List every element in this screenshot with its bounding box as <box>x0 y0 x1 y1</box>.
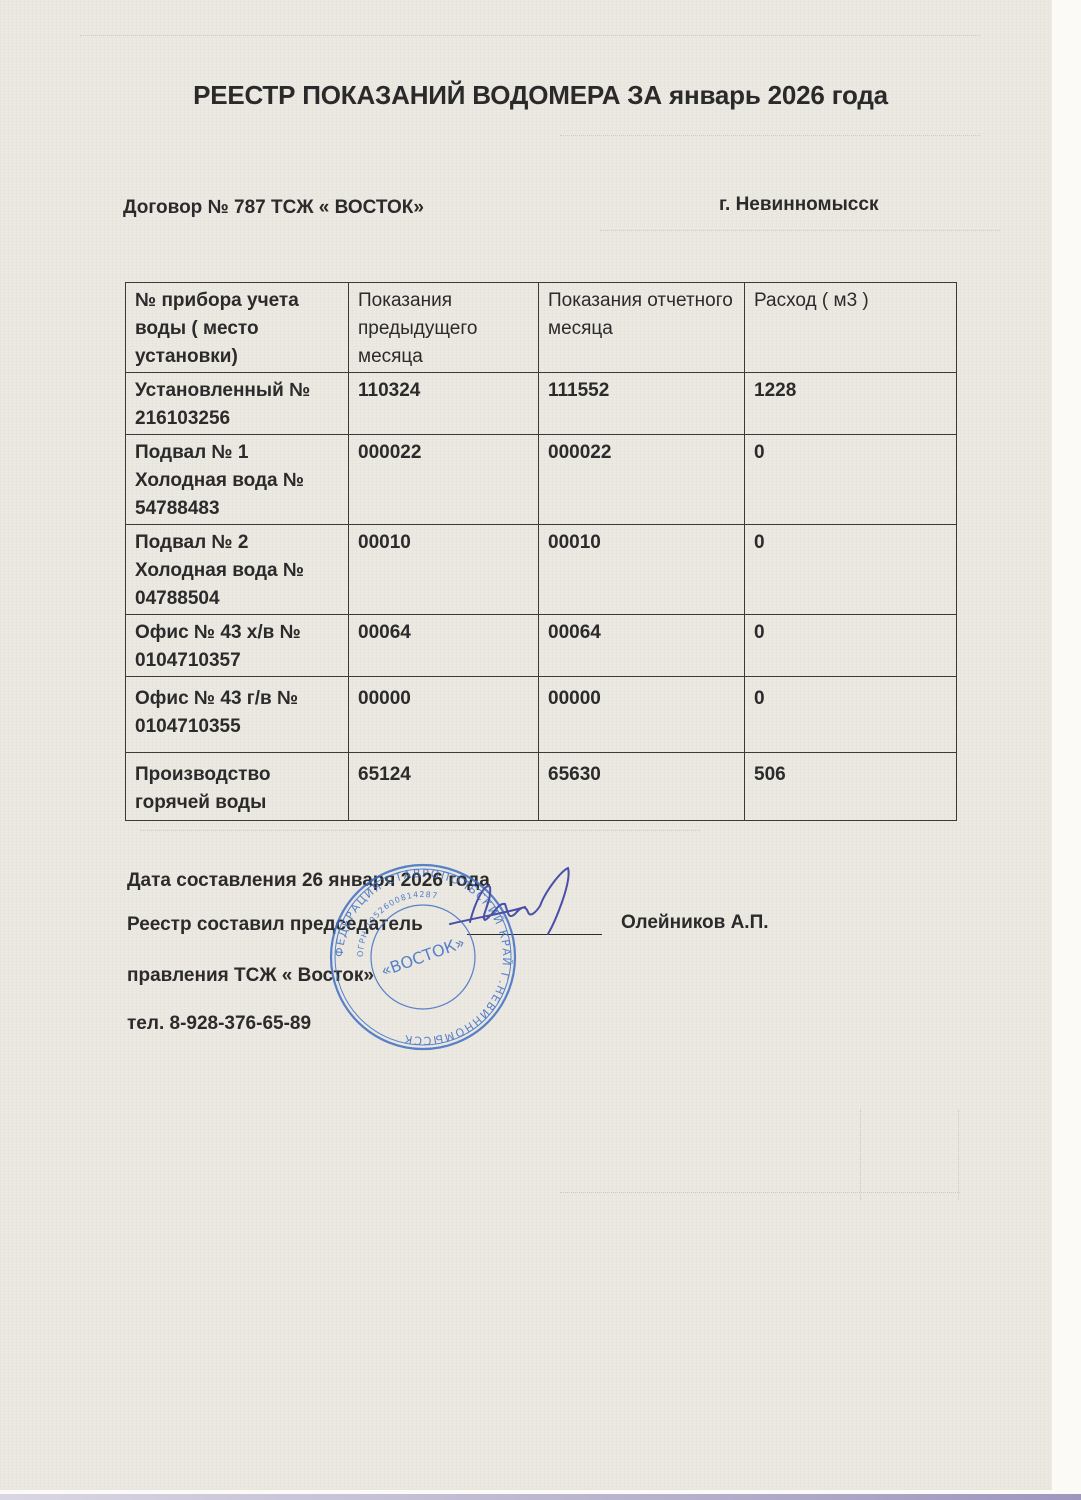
city: г. Невинномысск <box>719 194 878 216</box>
cell-meter: Офис № 43 г/в № 0104710355 <box>126 677 349 753</box>
cell-consumption: 0 <box>745 435 957 525</box>
show-through-line <box>560 135 980 136</box>
cell-current: 00010 <box>539 525 745 615</box>
cell-previous: 000022 <box>349 435 539 525</box>
cell-meter: Производство горячей воды <box>126 753 349 821</box>
table-row: Офис № 43 х/в № 0104710357 00064 00064 0 <box>126 615 957 677</box>
signer-name: Олейников А.П. <box>621 912 769 934</box>
show-through-line <box>560 1192 960 1193</box>
cell-meter: Подвал № 1 Холодная вода № 54788483 <box>126 435 349 525</box>
cell-consumption: 0 <box>745 677 957 753</box>
cell-current: 111552 <box>539 373 745 435</box>
table-row: Подвал № 2 Холодная вода № 04788504 0001… <box>126 525 957 615</box>
cell-meter: Подвал № 2 Холодная вода № 04788504 <box>126 525 349 615</box>
header-meter: № прибора учета воды ( место установки) <box>126 283 349 373</box>
cell-previous: 00010 <box>349 525 539 615</box>
cell-meter: Установленный № 216103256 <box>126 373 349 435</box>
show-through-line <box>958 1110 959 1200</box>
document-title: РЕЕСТР ПОКАЗАНИЙ ВОДОМЕРА ЗА январь 2026… <box>0 80 1081 111</box>
cell-consumption: 1228 <box>745 373 957 435</box>
cell-current: 000022 <box>539 435 745 525</box>
table-row: Подвал № 1 Холодная вода № 54788483 0000… <box>126 435 957 525</box>
show-through-line <box>140 830 700 831</box>
table-row: Офис № 43 г/в № 0104710355 00000 00000 0 <box>126 677 957 753</box>
header-previous: Показания предыдущего месяца <box>349 283 539 373</box>
cell-current: 00064 <box>539 615 745 677</box>
cell-meter: Офис № 43 х/в № 0104710357 <box>126 615 349 677</box>
cell-previous: 110324 <box>349 373 539 435</box>
contract-number: Договор № 787 ТСЖ « ВОСТОК» <box>123 197 424 219</box>
signature-icon <box>430 862 610 962</box>
cell-current: 65630 <box>539 753 745 821</box>
cell-consumption: 0 <box>745 525 957 615</box>
scan-edge <box>0 1494 1081 1500</box>
cell-previous: 00000 <box>349 677 539 753</box>
phone-number: тел. 8-928-376-65-89 <box>127 1013 311 1035</box>
show-through-line <box>80 35 980 36</box>
meter-readings-table: № прибора учета воды ( место установки) … <box>125 282 957 821</box>
table-header-row: № прибора учета воды ( место установки) … <box>126 283 957 373</box>
cell-current: 00000 <box>539 677 745 753</box>
cell-consumption: 0 <box>745 615 957 677</box>
cell-previous: 00064 <box>349 615 539 677</box>
table-row: Производство горячей воды 65124 65630 50… <box>126 753 957 821</box>
show-through-line <box>600 230 1000 231</box>
table-row: Установленный № 216103256 110324 111552 … <box>126 373 957 435</box>
cell-consumption: 506 <box>745 753 957 821</box>
header-current: Показания отчетного месяца <box>539 283 745 373</box>
header-consumption: Расход ( м3 ) <box>745 283 957 373</box>
show-through-line <box>860 1110 861 1200</box>
cell-previous: 65124 <box>349 753 539 821</box>
